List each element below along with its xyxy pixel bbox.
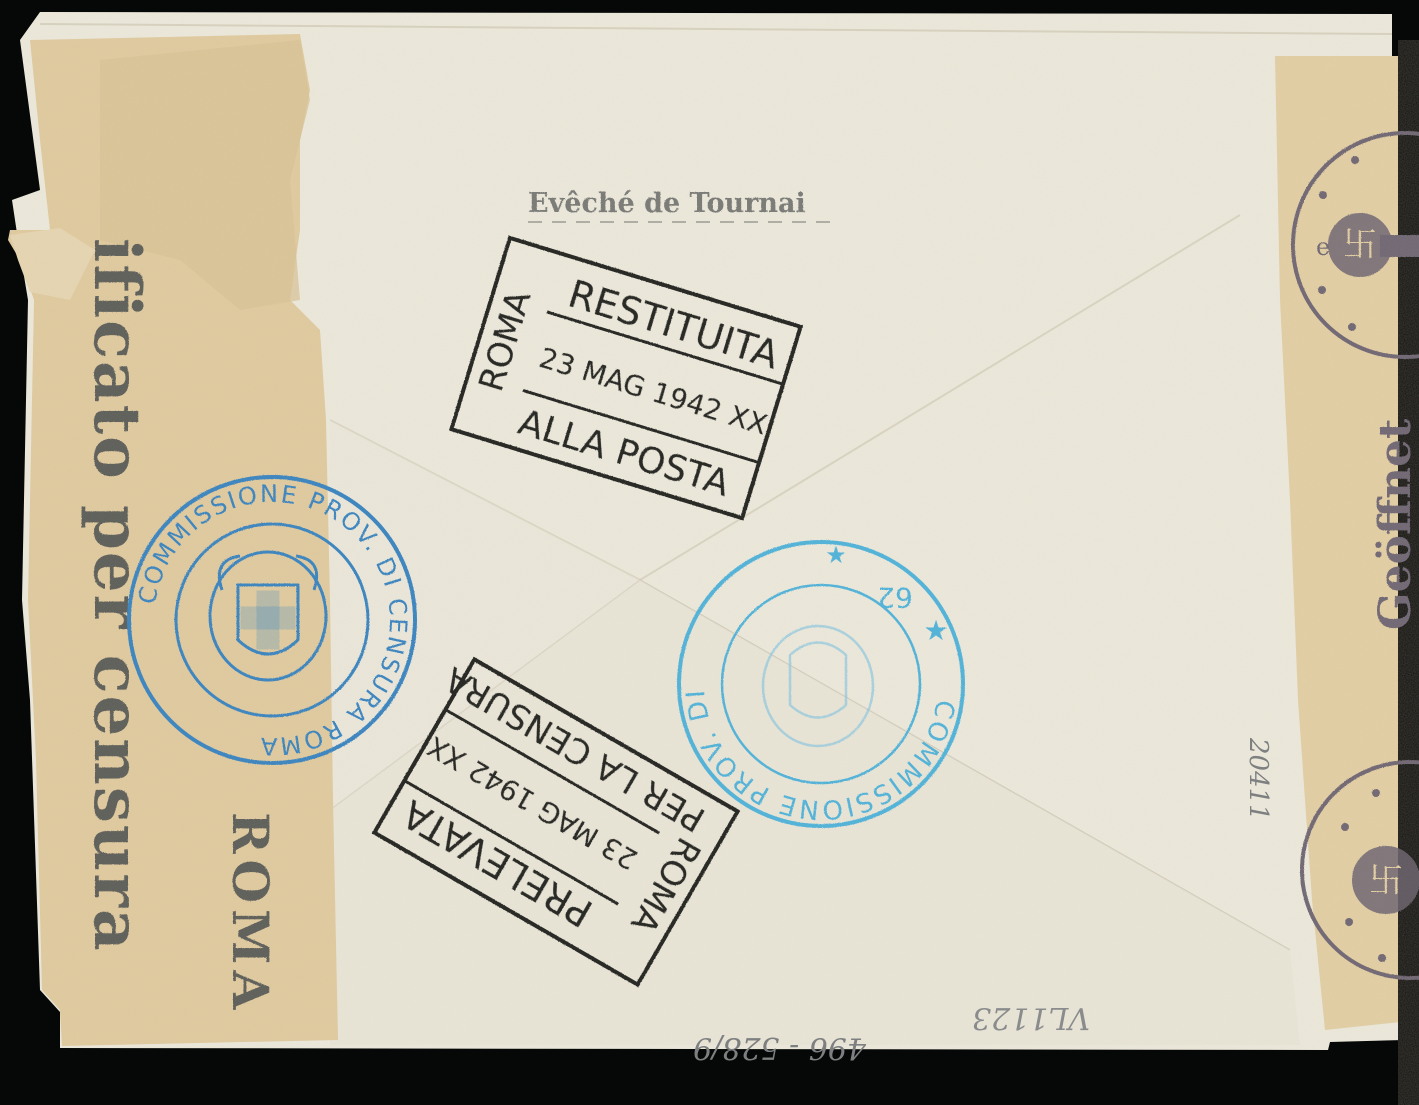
right-seal-number: 62 [877,581,913,614]
star-icon: ★ [923,614,948,647]
german-seal-letter: e [1316,233,1330,261]
left-tape-city: ROMA [221,812,280,1015]
envelope-photo: ificato per censura ROMA 卐 e Geöffnet 卐 [0,0,1419,1105]
swastika-icon: 卐 [1343,225,1377,265]
pencil-note-right: 20411 [1243,737,1273,821]
pencil-note-bottom-right: VL1123 [972,1000,1090,1035]
sender-cachet: Evêché de Tournai [528,188,806,219]
swastika-icon: 卐 [1369,861,1403,901]
star-icon: ★ [825,541,847,569]
german-tape-text: Geöffnet [1370,418,1419,630]
pencil-note-bottom-center: 496 - 528/9 [693,1030,867,1065]
